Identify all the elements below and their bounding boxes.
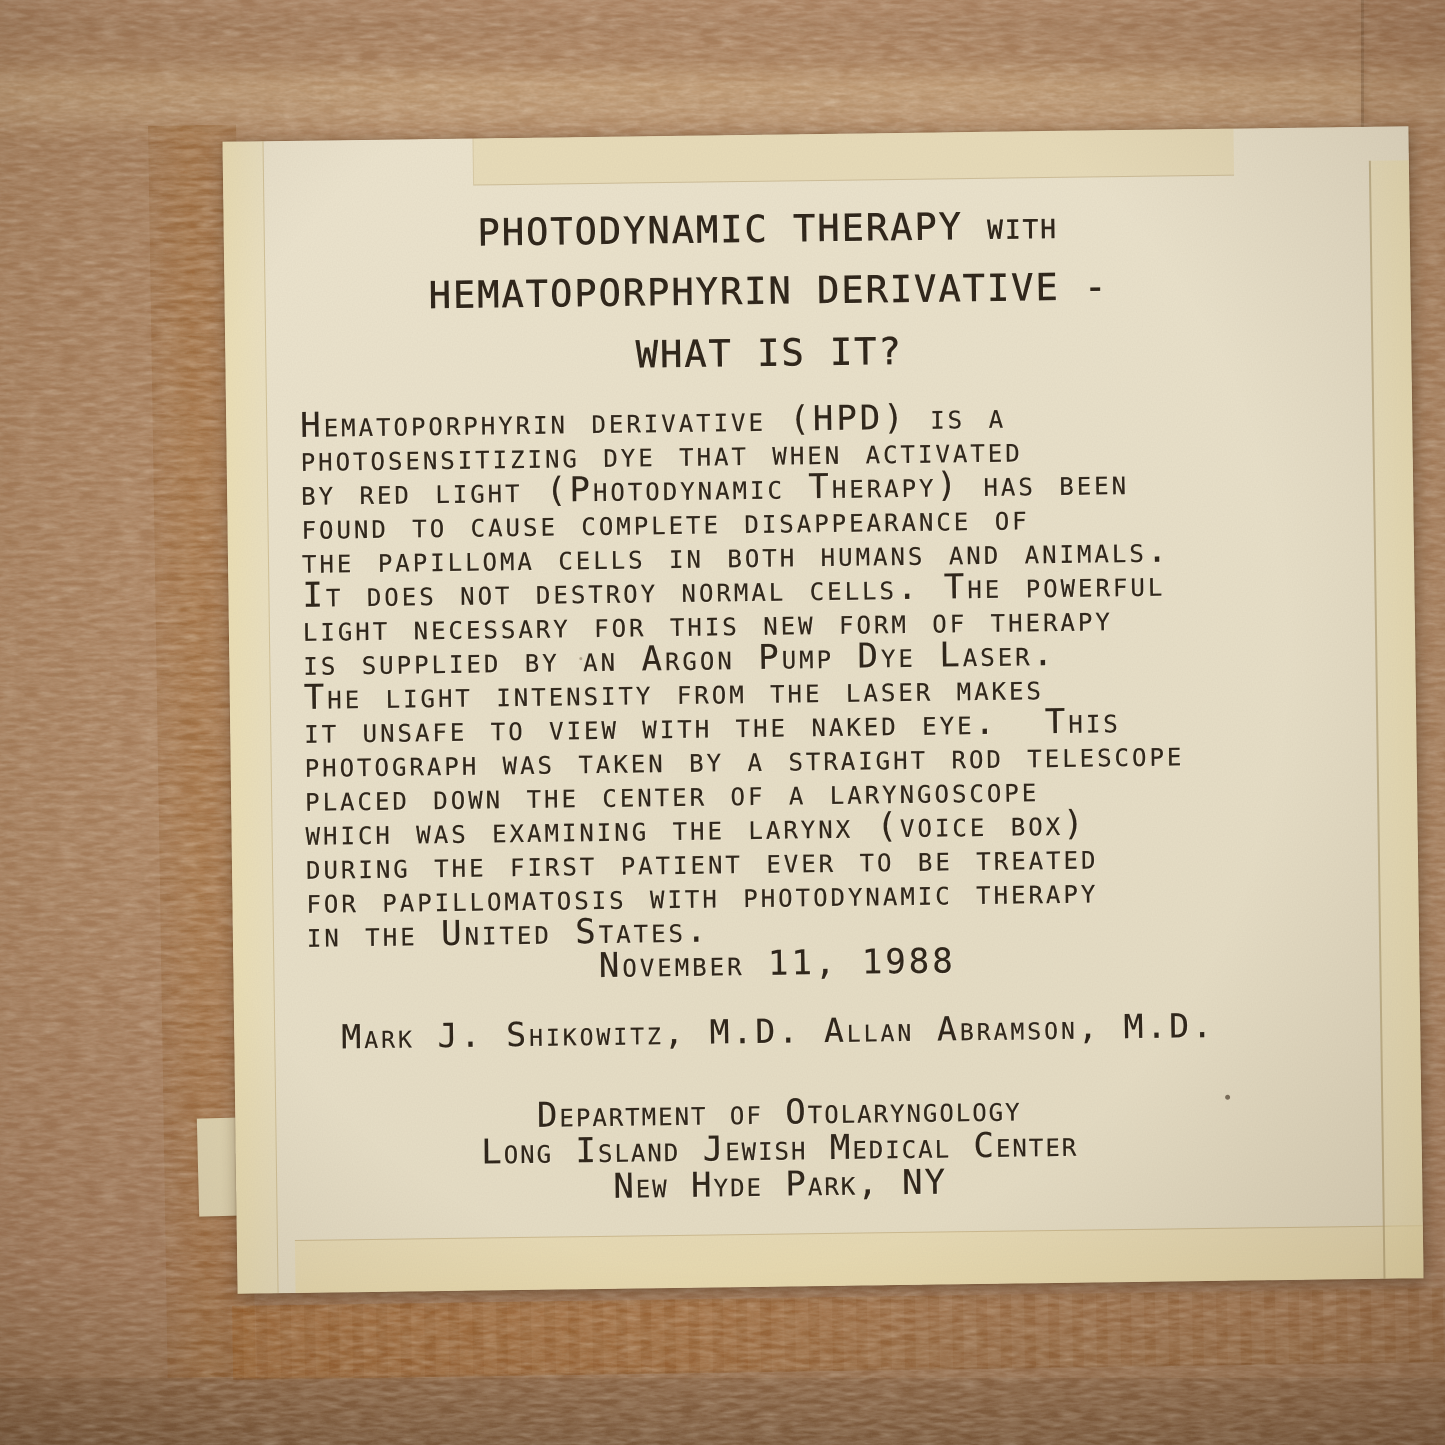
tape-residue-bottom: [232, 1288, 1445, 1380]
paper-speck: [579, 657, 582, 660]
title-line: WHAT IS IT?: [299, 317, 1240, 391]
photo-scene: PHOTODYNAMIC THERAPY withHEMATOPORPHYRIN…: [0, 0, 1445, 1445]
cardboard-dark-band: [0, 1378, 1445, 1445]
affiliation-block: Department of OtolaryngologyLong Island …: [309, 1088, 1250, 1208]
paper-speck: [1225, 1095, 1230, 1100]
authors-line: Mark J. Shikowitz, M.D. Allan Abramson, …: [308, 1008, 1248, 1054]
crease-shade: [1364, 0, 1445, 134]
typed-label-paper: PHOTODYNAMIC THERAPY withHEMATOPORPHYRIN…: [223, 126, 1424, 1293]
cardboard-streak: [0, 8, 1445, 44]
document-body: Hematoporphyrin derivative (HPD) is apho…: [300, 397, 1247, 953]
title-line: HEMATOPORPHYRIN DERIVATIVE -: [298, 255, 1239, 329]
document-title: PHOTODYNAMIC THERAPY withHEMATOPORPHYRIN…: [297, 193, 1239, 391]
typed-text: PHOTODYNAMIC THERAPY withHEMATOPORPHYRIN…: [297, 129, 1251, 1209]
